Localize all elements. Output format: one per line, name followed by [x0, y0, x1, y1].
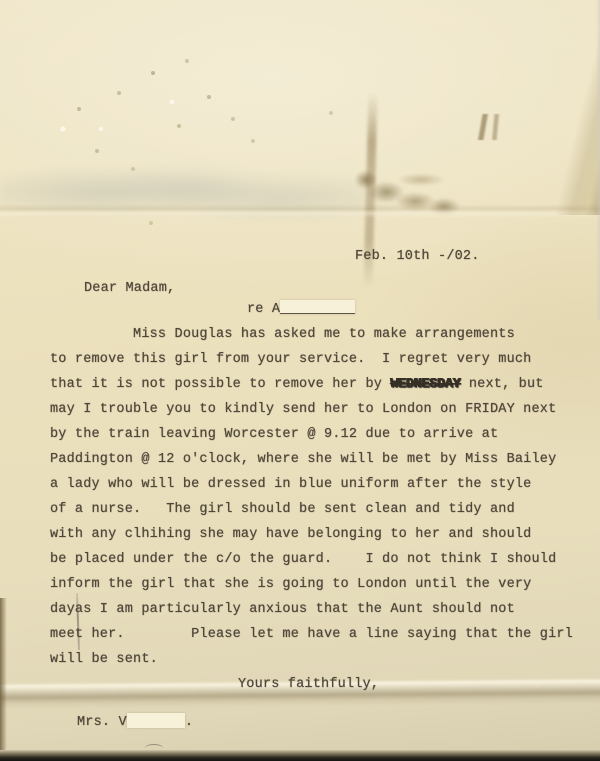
signature-line: Mrs. V. — [77, 710, 193, 735]
body-line: a lady who will be dressed in blue unifo… — [50, 472, 531, 497]
body-line: be placed under the c/o the guard. I do … — [50, 547, 556, 572]
page-left-edge — [0, 598, 7, 761]
signature-prefix: Mrs. V — [77, 715, 127, 730]
smudge-stain — [0, 148, 480, 228]
body-line: by the train leaving Worcester @ 9.12 du… — [50, 422, 498, 447]
body-line: meet her. Please let me have a line sayi… — [50, 622, 573, 647]
subject-prefix: re A — [247, 302, 280, 317]
paper-speckles — [0, 0, 2, 2]
closing: Yours faithfully, — [238, 672, 379, 697]
subject-line: re A — [247, 297, 355, 322]
body-line: with any clhihing she may have belonging… — [50, 522, 531, 547]
page-bottom-edge — [0, 750, 600, 761]
body-line: to remove this girl from your service. I… — [50, 347, 531, 372]
crease-line — [0, 204, 600, 218]
blot-stain — [352, 158, 467, 220]
signature-suffix: . — [185, 715, 193, 730]
body-line: inform the girl that she is going to Lon… — [50, 572, 531, 597]
body-line: Miss Douglas has asked me to make arrang… — [50, 322, 515, 347]
body-line: will be sent. — [50, 647, 158, 672]
body-line: dayas I am particularly anxious that the… — [50, 597, 515, 622]
body-line: may I trouble you to kindly send her to … — [50, 397, 556, 422]
body-line: that it is not possible to remove her by… — [50, 372, 544, 397]
struck-out-word: WEDNESDAY — [390, 377, 460, 392]
page-right-edge — [596, 0, 600, 320]
body-line-text: that it is not possible to remove her by — [50, 377, 390, 392]
body-line: Paddington @ 12 o'clock, where she will … — [50, 447, 556, 472]
redaction-box-signature — [127, 713, 185, 728]
pencil-squiggle — [145, 744, 163, 752]
letter-date: Feb. 10th -/02. — [355, 244, 480, 269]
scanned-letter-page: Feb. 10th -/02. Dear Madam, re A Miss Do… — [0, 0, 600, 761]
redaction-box-subject — [280, 300, 355, 314]
salutation: Dear Madam, — [84, 276, 175, 301]
body-line-text: next, but — [461, 377, 544, 392]
small-smear-marks — [452, 114, 514, 140]
body-line: of a nurse. The girl should be sent clea… — [50, 497, 515, 522]
corner-crease — [552, 0, 600, 215]
